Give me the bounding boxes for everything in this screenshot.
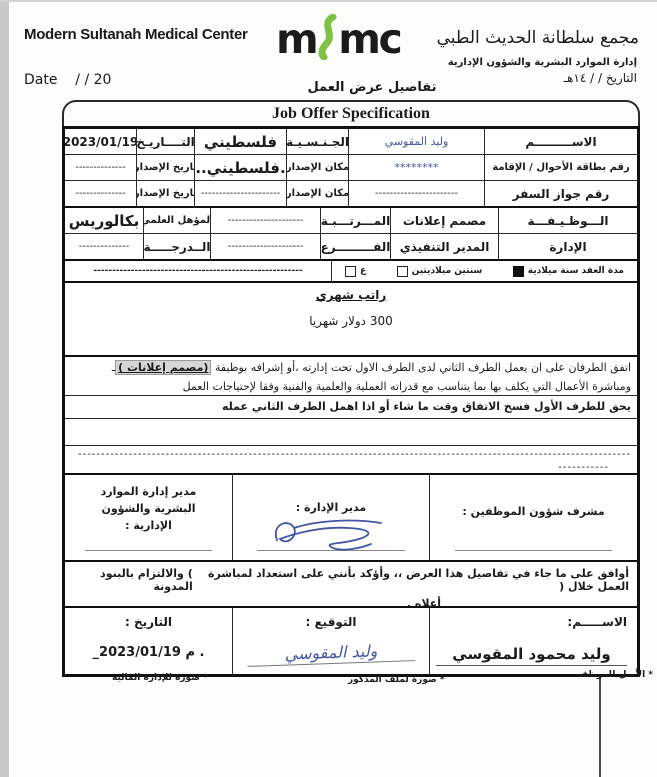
nationality-label: الجـنـسـيـة <box>287 129 349 154</box>
employee-name-value: وليد محمود المقوسي <box>436 645 627 666</box>
row-contract-duration: مدة العقد سنة ميلادية سنتين ميلاديتين ع … <box>65 259 637 281</box>
logo-green-swoosh-icon <box>317 14 337 60</box>
issue-date-label-2: تاريخ الإصدار <box>137 181 195 206</box>
form-title-arabic: تفاصيل عرض العمل <box>292 80 452 95</box>
form-title-english: Job Offer Specification <box>62 100 640 126</box>
approval-line-1: أوافق على ما جاء في تفاصيل هذا العرض ،، … <box>73 567 629 593</box>
employee-name-cell: الاســـــم: وليد محمود المقوسي <box>430 608 637 674</box>
date-line-arabic: التاريخ / / ١٤هـ <box>564 71 637 85</box>
employee-sign-label: التوقيع : <box>233 608 429 629</box>
date-value-en: / / 20 <box>75 72 111 88</box>
employee-signature-row: الاســـــم: وليد محمود المقوسي التوقيع :… <box>65 606 637 674</box>
job-offer-table: الاســـــــــم وليد المقوسي الجـنـسـيـة … <box>62 126 640 677</box>
contract-other-option: ع <box>345 266 366 277</box>
agreement-job-highlight: (مصمم إعلانات ) <box>115 360 211 375</box>
logo-letter-m: m <box>276 17 316 61</box>
branch-label: الفـــــــــرع <box>321 234 391 259</box>
manager-signature-cell: مدير الإدارة : <box>233 475 430 560</box>
supervisor-label: مشرف شؤون الموظفين : <box>462 475 604 560</box>
scanned-job-offer-document: { "header": { "name_en": "Modern Sultana… <box>0 0 657 777</box>
cancellation-clause: يحق للطرف الأول فسخ الاتفاق وقت ما شاء أ… <box>65 395 637 418</box>
employee-date-label: التاريخ : <box>65 608 232 629</box>
approval-line1-left: ) والالتزام بالبنود المدونة <box>73 567 193 593</box>
contract-duration-dashes: ----------------------------------------… <box>65 261 332 281</box>
administration-label: الإدارة <box>499 234 637 259</box>
hr-manager-signature-cell: مدير إدارة الموارد البشرية والشؤون الإدا… <box>65 475 233 560</box>
empty-notes-row <box>65 418 637 445</box>
date-label-en: Date <box>24 72 57 88</box>
hr-manager-signature-line <box>85 550 212 551</box>
issue-place-label-1: مكان الإصدار <box>287 155 349 180</box>
qualification-label: المؤهل العلمي <box>144 208 211 233</box>
footnote-copy-for-finance: * صورة للإدارة المالية <box>112 673 208 683</box>
rank-label: المـــرتـــبـة <box>321 208 391 233</box>
logo-letters-mc: mc <box>338 17 400 61</box>
contract-two-years-label: سنتين ميلاديتين <box>412 266 483 276</box>
scan-edge-top <box>0 0 657 2</box>
name-value: وليد المقوسي <box>349 129 485 154</box>
grade-label: الــدرجـــــة <box>144 234 211 259</box>
contract-two-years-checkbox <box>397 266 408 277</box>
agreement-paragraph: اتفق الطرفان على ان يعمل الطرف الثاني لد… <box>65 355 637 395</box>
branch-value: --------------------- <box>211 234 321 259</box>
contract-two-years-option: سنتين ميلاديتين <box>397 266 483 277</box>
manager-signature-scribble <box>263 506 393 558</box>
issue-date-value-2: -------------- <box>65 181 137 206</box>
contract-one-year-checkbox <box>513 266 524 277</box>
footnote-original-for-employee: * الأصل للموظف <box>578 670 653 680</box>
qualification-value: بكالوريس <box>65 208 144 233</box>
msmc-logo: m mc <box>276 14 400 64</box>
scan-edge-left <box>0 0 9 777</box>
administration-value: المدير التنفيذي <box>391 234 499 259</box>
row-id-card: رقم بطاقة الأحوال / الإقامة ******** مكا… <box>65 154 637 180</box>
footnote-copy-for-file: * صورة لملف المذكور <box>348 675 445 685</box>
date-value: 2023/01/19 <box>65 129 137 154</box>
contract-other-label: ع <box>360 266 366 276</box>
contract-one-year-option: مدة العقد سنة ميلادية <box>513 266 624 277</box>
approval-line1-right: أوافق على ما جاء في تفاصيل هذا العرض ،، … <box>193 567 629 593</box>
grade-value: -------------- <box>65 234 144 259</box>
center-name-english: Modern Sultanah Medical Center <box>24 26 248 43</box>
name-label: الاســـــــــم <box>485 129 637 154</box>
issue-place-label-2: مكان الإصدار <box>287 181 349 206</box>
salary-value: 300 دولار شهريا <box>65 314 637 328</box>
signatures-row: مشرف شؤون الموظفين : مدير الإدارة : مدير… <box>65 473 637 560</box>
date-label: التــــاريـخ <box>137 129 195 154</box>
form-sheet: Job Offer Specification الاســـــــــم و… <box>62 100 640 677</box>
hr-manager-label: مدير إدارة الموارد البشرية والشؤون الإدا… <box>65 475 232 560</box>
issue-date-value-1: -------------- <box>65 155 137 180</box>
passport-label: رقم جواز السفر <box>485 181 637 206</box>
department-name-arabic: إدارة الموارد البشرية والشؤون الإدارية <box>448 57 637 68</box>
salary-title: راتب شهري <box>65 288 637 302</box>
row-job: الـــوظـيـفـــة مصمم إعلانات المـــرتـــ… <box>65 206 637 233</box>
contract-duration-options: مدة العقد سنة ميلادية سنتين ميلاديتين ع <box>332 261 637 281</box>
employee-signature-handwriting: وليد المقوسي <box>247 640 416 667</box>
job-label: الـــوظـيـفـــة <box>499 208 637 233</box>
supervisor-signature-cell: مشرف شؤون الموظفين : <box>430 475 637 560</box>
row-salary: راتب شهري 300 دولار شهريا <box>65 281 637 355</box>
agreement-text-before: اتفق الطرفان على ان يعمل الطرف الثاني لد… <box>211 361 631 374</box>
employee-date-value: _2023/01/19 م . <box>65 645 232 660</box>
row-passport: رقم جواز السفر ----------------------- م… <box>65 180 637 206</box>
dashed-notes-row: ----------------------------------------… <box>65 445 637 473</box>
nationality-value: فلسطيني <box>195 129 287 154</box>
supervisor-signature-line <box>455 550 612 551</box>
issue-place-value-2: ---------------------- <box>195 181 287 206</box>
contract-one-year-label: مدة العقد سنة ميلادية <box>528 266 624 276</box>
approval-statement: أوافق على ما جاء في تفاصيل هذا العرض ،، … <box>65 560 637 606</box>
passport-value: ----------------------- <box>349 181 485 206</box>
employee-sign-cell: التوقيع : وليد المقوسي <box>233 608 430 674</box>
employee-date-cell: التاريخ : _2023/01/19 م . <box>65 608 233 674</box>
rank-value: --------------------- <box>211 208 321 233</box>
issue-date-label-1: تاريخ الإصدار <box>137 155 195 180</box>
issue-place-value-1: ...فلسطيني.... <box>195 155 287 180</box>
contract-other-checkbox <box>345 266 356 277</box>
date-line-english: Date / / 20 <box>24 72 111 88</box>
row-name: الاســـــــــم وليد المقوسي الجـنـسـيـة … <box>65 129 637 154</box>
notes-dash-long: ----------------------------------------… <box>71 449 631 462</box>
id-card-value: ******** <box>349 155 485 180</box>
center-name-arabic: مجمع سلطانة الحديث الطبي <box>437 28 639 48</box>
row-administration: الإدارة المدير التنفيذي الفـــــــــرع -… <box>65 233 637 259</box>
employee-name-label: الاســـــم: <box>430 608 637 629</box>
job-value: مصمم إعلانات <box>391 208 499 233</box>
id-card-label: رقم بطاقة الأحوال / الإقامة <box>485 155 637 180</box>
